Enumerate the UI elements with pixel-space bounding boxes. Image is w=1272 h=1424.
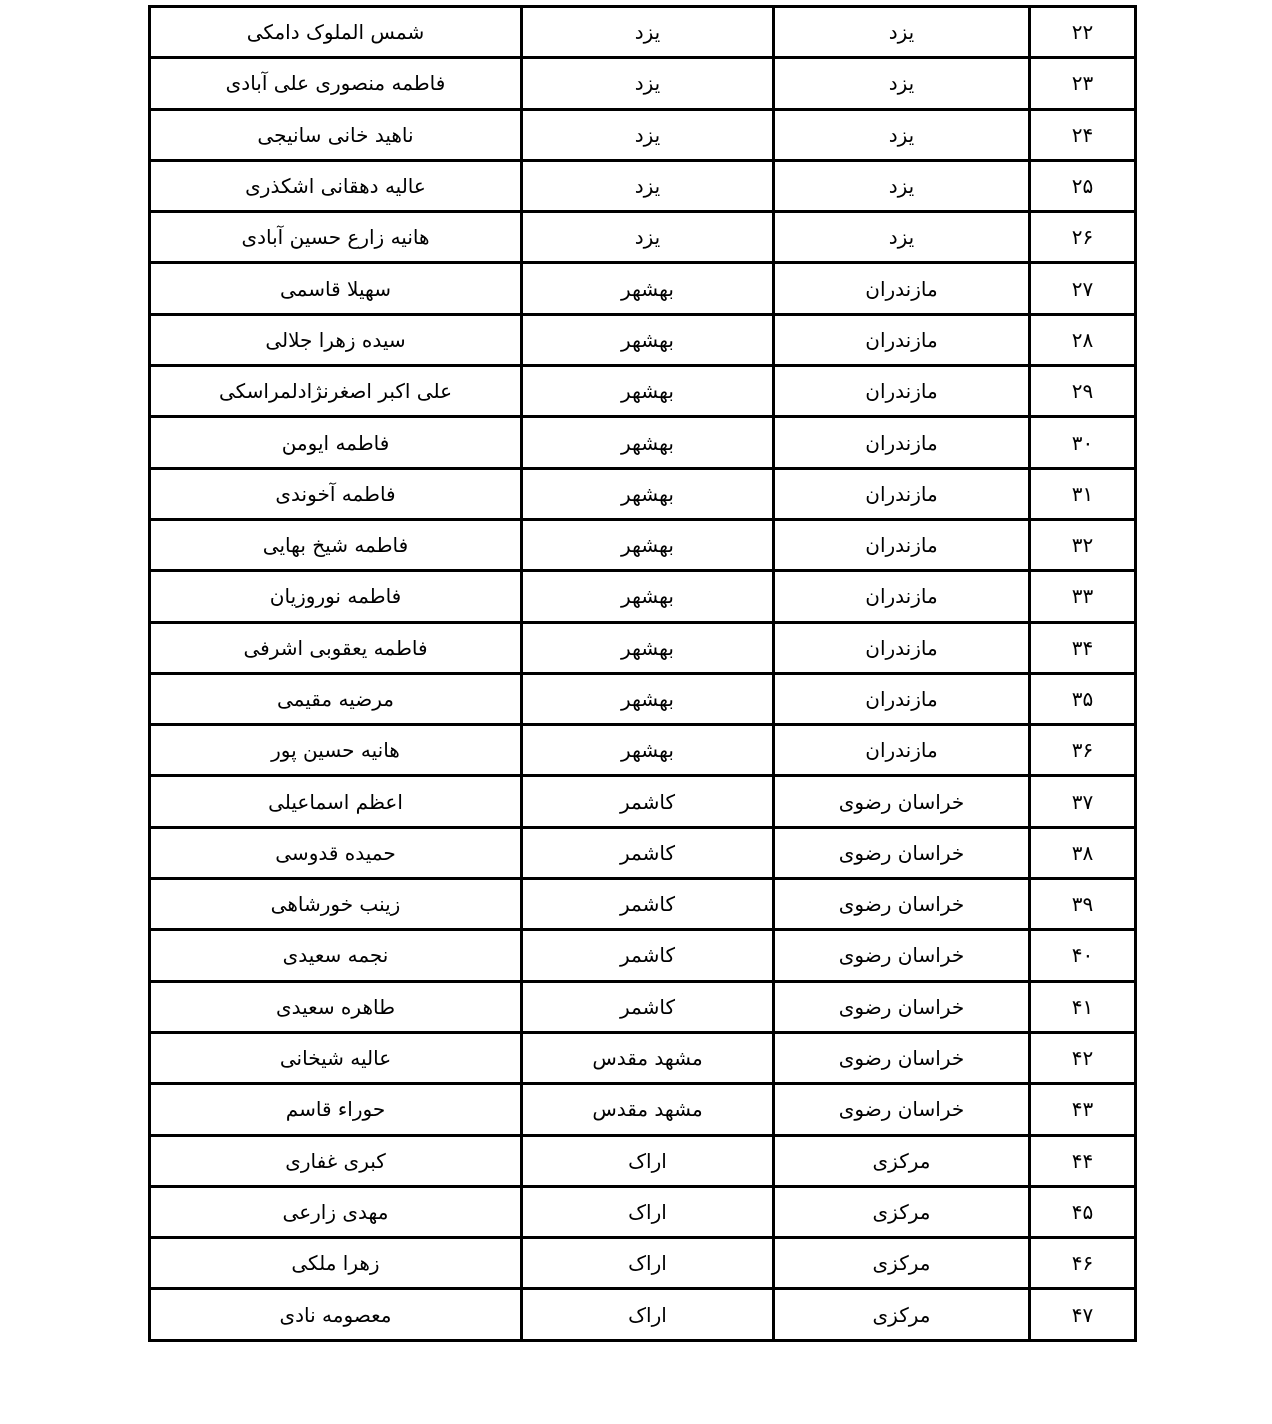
table-row: ۳۰مازندرانبهشهرفاطمه ایومن — [150, 417, 1136, 468]
table-row: ۳۹خراسان رضویکاشمرزینب خورشاهی — [150, 879, 1136, 930]
province-cell: مازندران — [774, 468, 1030, 519]
table-row: ۳۳مازندرانبهشهرفاطمه نوروزیان — [150, 571, 1136, 622]
name-cell: شمس الملوک دامکی — [150, 7, 522, 58]
row-number-cell: ۴۵ — [1030, 1186, 1136, 1237]
row-number-cell: ۲۳ — [1030, 58, 1136, 109]
name-cell: سهیلا قاسمی — [150, 263, 522, 314]
province-cell: مازندران — [774, 725, 1030, 776]
province-cell: خراسان رضوی — [774, 1032, 1030, 1083]
city-cell: کاشمر — [522, 981, 774, 1032]
row-number-cell: ۳۷ — [1030, 776, 1136, 827]
province-cell: خراسان رضوی — [774, 776, 1030, 827]
city-cell: کاشمر — [522, 930, 774, 981]
document-page: ۲۲یزدیزدشمس الملوک دامکی۲۳یزدیزدفاطمه من… — [0, 0, 1272, 1424]
table-row: ۳۵مازندرانبهشهرمرضیه مقیمی — [150, 673, 1136, 724]
city-cell: بهشهر — [522, 673, 774, 724]
row-number-cell: ۳۵ — [1030, 673, 1136, 724]
province-cell: یزد — [774, 160, 1030, 211]
city-cell: بهشهر — [522, 314, 774, 365]
name-cell: معصومه نادی — [150, 1289, 522, 1340]
city-cell: بهشهر — [522, 725, 774, 776]
name-cell: عالیه دهقانی اشکذری — [150, 160, 522, 211]
city-cell: مشهد مقدس — [522, 1032, 774, 1083]
name-cell: عالیه شیخانی — [150, 1032, 522, 1083]
row-number-cell: ۴۱ — [1030, 981, 1136, 1032]
row-number-cell: ۲۶ — [1030, 212, 1136, 263]
city-cell: اراک — [522, 1289, 774, 1340]
province-cell: یزد — [774, 58, 1030, 109]
province-cell: مرکزی — [774, 1135, 1030, 1186]
name-cell: کبری غفاری — [150, 1135, 522, 1186]
table-body: ۲۲یزدیزدشمس الملوک دامکی۲۳یزدیزدفاطمه من… — [150, 7, 1136, 1341]
name-cell: فاطمه شیخ بهایی — [150, 519, 522, 570]
city-cell: یزد — [522, 212, 774, 263]
province-cell: مازندران — [774, 314, 1030, 365]
name-cell: حمیده قدوسی — [150, 827, 522, 878]
participants-table: ۲۲یزدیزدشمس الملوک دامکی۲۳یزدیزدفاطمه من… — [148, 5, 1137, 1342]
province-cell: یزد — [774, 7, 1030, 58]
table-row: ۲۵یزدیزدعالیه دهقانی اشکذری — [150, 160, 1136, 211]
name-cell: هانیه زارع حسین آبادی — [150, 212, 522, 263]
city-cell: کاشمر — [522, 776, 774, 827]
row-number-cell: ۳۴ — [1030, 622, 1136, 673]
city-cell: بهشهر — [522, 622, 774, 673]
name-cell: مرضیه مقیمی — [150, 673, 522, 724]
province-cell: یزد — [774, 212, 1030, 263]
row-number-cell: ۲۲ — [1030, 7, 1136, 58]
province-cell: مرکزی — [774, 1238, 1030, 1289]
city-cell: اراک — [522, 1186, 774, 1237]
name-cell: حوراء قاسم — [150, 1084, 522, 1135]
table-row: ۲۷مازندرانبهشهرسهیلا قاسمی — [150, 263, 1136, 314]
row-number-cell: ۲۸ — [1030, 314, 1136, 365]
table-row: ۲۹مازندرانبهشهرعلی اکبر اصغرنژادلمراسکی — [150, 366, 1136, 417]
name-cell: مهدی زارعی — [150, 1186, 522, 1237]
row-number-cell: ۲۴ — [1030, 109, 1136, 160]
province-cell: مازندران — [774, 263, 1030, 314]
city-cell: یزد — [522, 7, 774, 58]
row-number-cell: ۴۷ — [1030, 1289, 1136, 1340]
province-cell: خراسان رضوی — [774, 930, 1030, 981]
province-cell: خراسان رضوی — [774, 981, 1030, 1032]
city-cell: کاشمر — [522, 827, 774, 878]
name-cell: فاطمه یعقوبی اشرفی — [150, 622, 522, 673]
row-number-cell: ۴۲ — [1030, 1032, 1136, 1083]
row-number-cell: ۳۸ — [1030, 827, 1136, 878]
table-row: ۳۸خراسان رضویکاشمرحمیده قدوسی — [150, 827, 1136, 878]
row-number-cell: ۴۶ — [1030, 1238, 1136, 1289]
table-row: ۴۷مرکزیاراکمعصومه نادی — [150, 1289, 1136, 1340]
table-row: ۳۲مازندرانبهشهرفاطمه شیخ بهایی — [150, 519, 1136, 570]
name-cell: فاطمه نوروزیان — [150, 571, 522, 622]
table-row: ۳۶مازندرانبهشهرهانیه حسین پور — [150, 725, 1136, 776]
city-cell: بهشهر — [522, 263, 774, 314]
row-number-cell: ۲۷ — [1030, 263, 1136, 314]
province-cell: مرکزی — [774, 1186, 1030, 1237]
name-cell: ناهید خانی سانیجی — [150, 109, 522, 160]
city-cell: بهشهر — [522, 366, 774, 417]
name-cell: زهرا ملکی — [150, 1238, 522, 1289]
row-number-cell: ۲۵ — [1030, 160, 1136, 211]
province-cell: مازندران — [774, 519, 1030, 570]
row-number-cell: ۴۳ — [1030, 1084, 1136, 1135]
name-cell: نجمه سعیدی — [150, 930, 522, 981]
name-cell: طاهره سعیدی — [150, 981, 522, 1032]
table-row: ۴۲خراسان رضویمشهد مقدسعالیه شیخانی — [150, 1032, 1136, 1083]
table-row: ۳۷خراسان رضویکاشمراعظم اسماعیلی — [150, 776, 1136, 827]
city-cell: یزد — [522, 109, 774, 160]
province-cell: مرکزی — [774, 1289, 1030, 1340]
city-cell: کاشمر — [522, 879, 774, 930]
province-cell: مازندران — [774, 571, 1030, 622]
table-row: ۲۳یزدیزدفاطمه منصوری علی آبادی — [150, 58, 1136, 109]
city-cell: یزد — [522, 58, 774, 109]
city-cell: بهشهر — [522, 468, 774, 519]
row-number-cell: ۴۴ — [1030, 1135, 1136, 1186]
row-number-cell: ۳۲ — [1030, 519, 1136, 570]
row-number-cell: ۴۰ — [1030, 930, 1136, 981]
table-row: ۴۰خراسان رضویکاشمرنجمه سعیدی — [150, 930, 1136, 981]
province-cell: مازندران — [774, 417, 1030, 468]
row-number-cell: ۳۶ — [1030, 725, 1136, 776]
city-cell: اراک — [522, 1135, 774, 1186]
table-row: ۴۳خراسان رضویمشهد مقدسحوراء قاسم — [150, 1084, 1136, 1135]
table-row: ۲۶یزدیزدهانیه زارع حسین آبادی — [150, 212, 1136, 263]
name-cell: سیده زهرا جلالی — [150, 314, 522, 365]
row-number-cell: ۲۹ — [1030, 366, 1136, 417]
city-cell: بهشهر — [522, 417, 774, 468]
name-cell: هانیه حسین پور — [150, 725, 522, 776]
row-number-cell: ۳۳ — [1030, 571, 1136, 622]
table-row: ۲۴یزدیزدناهید خانی سانیجی — [150, 109, 1136, 160]
province-cell: یزد — [774, 109, 1030, 160]
name-cell: فاطمه منصوری علی آبادی — [150, 58, 522, 109]
name-cell: فاطمه ایومن — [150, 417, 522, 468]
table-row: ۲۲یزدیزدشمس الملوک دامکی — [150, 7, 1136, 58]
province-cell: مازندران — [774, 622, 1030, 673]
table-row: ۳۱مازندرانبهشهرفاطمه آخوندی — [150, 468, 1136, 519]
city-cell: مشهد مقدس — [522, 1084, 774, 1135]
province-cell: خراسان رضوی — [774, 827, 1030, 878]
province-cell: خراسان رضوی — [774, 1084, 1030, 1135]
row-number-cell: ۳۹ — [1030, 879, 1136, 930]
row-number-cell: ۳۰ — [1030, 417, 1136, 468]
province-cell: مازندران — [774, 366, 1030, 417]
city-cell: بهشهر — [522, 519, 774, 570]
table-row: ۳۴مازندرانبهشهرفاطمه یعقوبی اشرفی — [150, 622, 1136, 673]
table-row: ۴۵مرکزیاراکمهدی زارعی — [150, 1186, 1136, 1237]
table-row: ۲۸مازندرانبهشهرسیده زهرا جلالی — [150, 314, 1136, 365]
city-cell: اراک — [522, 1238, 774, 1289]
row-number-cell: ۳۱ — [1030, 468, 1136, 519]
name-cell: فاطمه آخوندی — [150, 468, 522, 519]
name-cell: اعظم اسماعیلی — [150, 776, 522, 827]
city-cell: بهشهر — [522, 571, 774, 622]
table-row: ۴۶مرکزیاراکزهرا ملکی — [150, 1238, 1136, 1289]
city-cell: یزد — [522, 160, 774, 211]
name-cell: علی اکبر اصغرنژادلمراسکی — [150, 366, 522, 417]
name-cell: زینب خورشاهی — [150, 879, 522, 930]
province-cell: خراسان رضوی — [774, 879, 1030, 930]
province-cell: مازندران — [774, 673, 1030, 724]
table-row: ۴۱خراسان رضویکاشمرطاهره سعیدی — [150, 981, 1136, 1032]
table-row: ۴۴مرکزیاراککبری غفاری — [150, 1135, 1136, 1186]
